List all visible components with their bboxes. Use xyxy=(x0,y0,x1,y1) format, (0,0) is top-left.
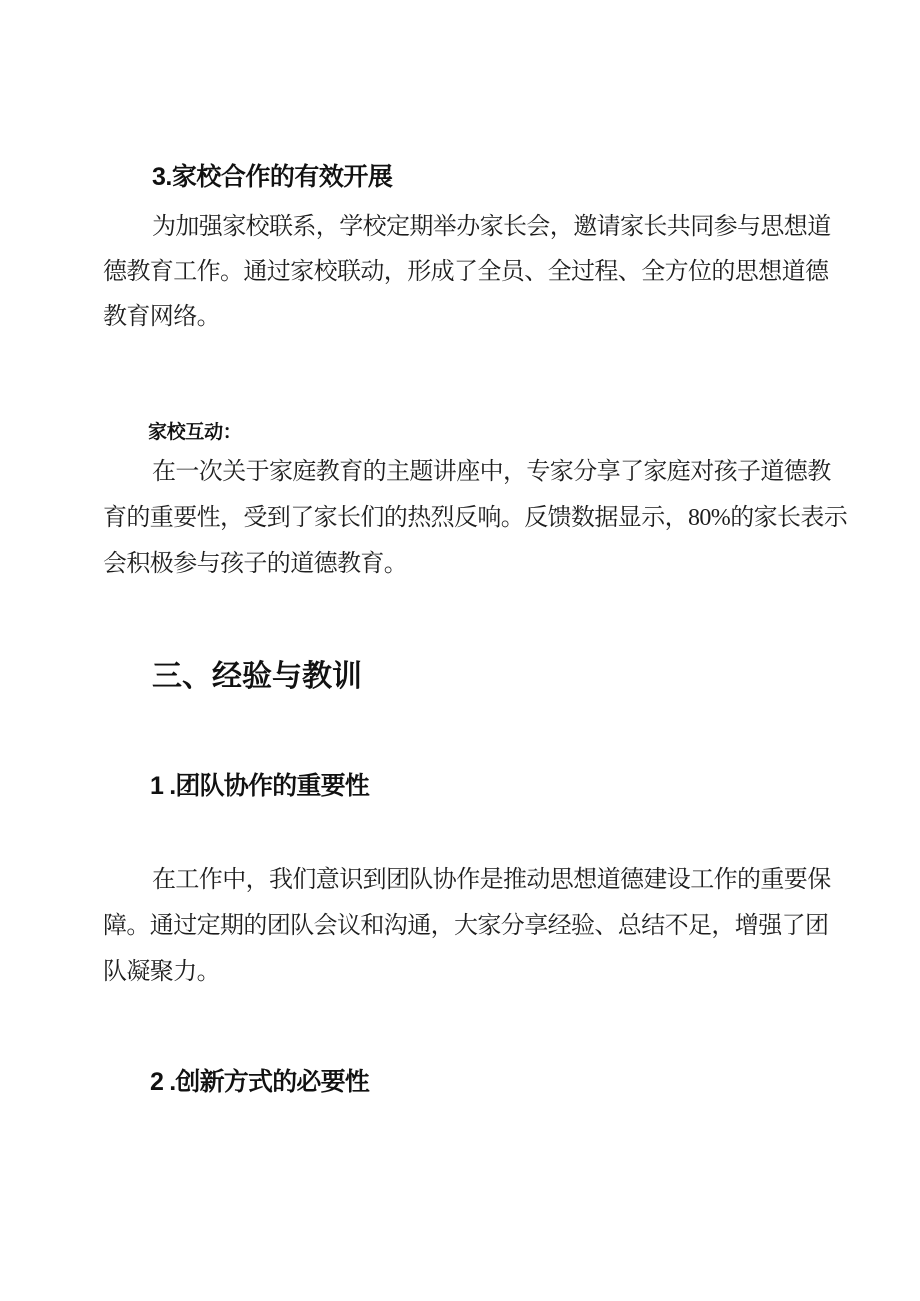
paragraph2-line3: 会积极参与孩子的道德教育。 xyxy=(103,551,407,579)
paragraph1-line3: 教育网络。 xyxy=(103,304,220,332)
paragraph1-line1: 为加强家校联系，学校定期举办家长会，邀请家长共同参与思想道 xyxy=(152,214,831,242)
section3-heading: 3.家校合作的有效开展 xyxy=(152,163,392,192)
paragraph3-line1: 在工作中，我们意识到团队协作是推动思想道德建设工作的重要保 xyxy=(152,867,831,895)
main-section-heading: 三、经验与教训 xyxy=(152,660,362,695)
paragraph2-line1: 在一次关于家庭教育的主题讲座中，专家分享了家庭对孩子道德教 xyxy=(152,459,831,487)
paragraph3-line2: 障。通过定期的团队会议和沟通，大家分享经验、总结不足，增强了团 xyxy=(103,913,828,941)
paragraph1-line2: 德教育工作。通过家校联动，形成了全员、全过程、全方位的思想道德 xyxy=(103,259,828,287)
interaction-label: 家校互动： xyxy=(148,422,242,444)
paragraph2-line2: 育的重要性，受到了家长们的热烈反响。反馈数据显示，80%的家长表示 xyxy=(103,505,847,533)
item2-heading: 2 .创新方式的必要性 xyxy=(150,1068,369,1097)
document-page: 3.家校合作的有效开展 为加强家校联系，学校定期举办家长会，邀请家长共同参与思想… xyxy=(0,0,920,1301)
paragraph3-line3: 队凝聚力。 xyxy=(103,959,220,987)
item1-heading: 1 .团队协作的重要性 xyxy=(150,772,369,801)
